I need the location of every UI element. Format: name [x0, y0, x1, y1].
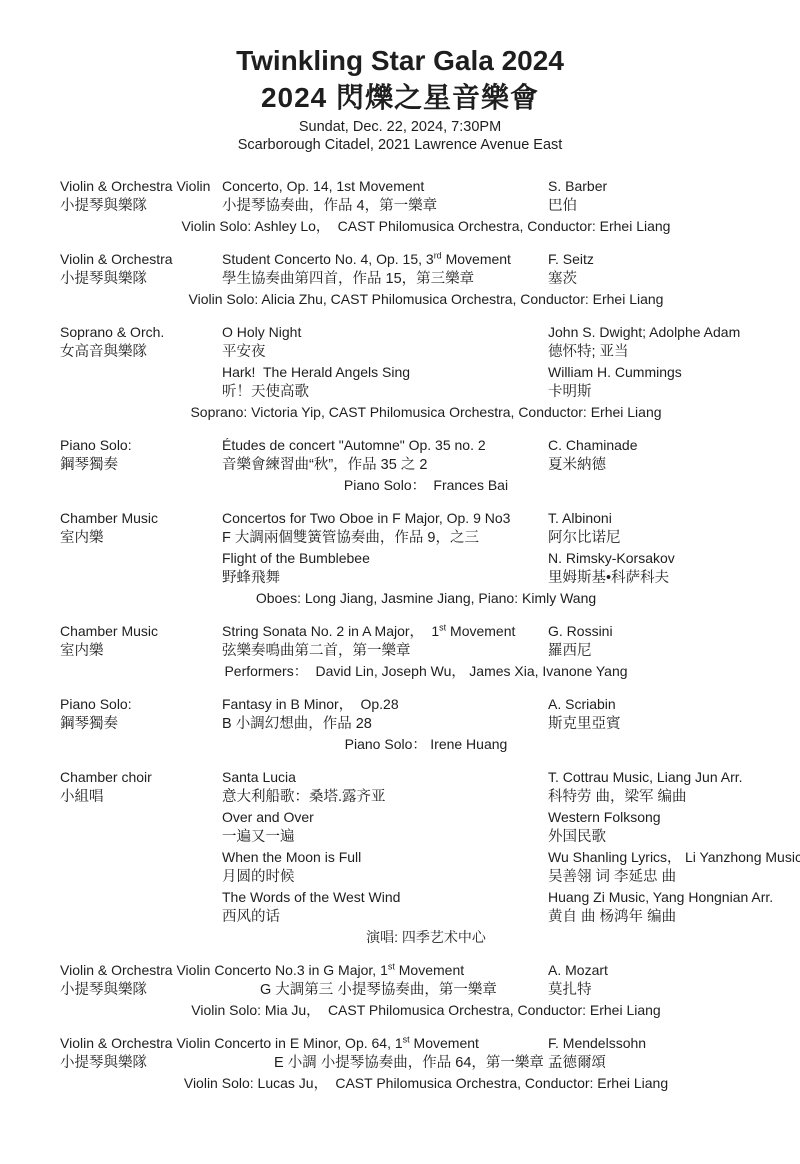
composer-cell: T. Cottrau Music, Liang Jun Arr.	[548, 767, 792, 787]
ordinal-superscript: st	[403, 1034, 410, 1044]
title-cell: Santa Lucia	[222, 767, 548, 787]
category-cell: 小提琴與樂隊	[60, 980, 222, 1000]
category-cell	[60, 548, 222, 568]
category-title-cell: Violin & Orchestra Violin Concerto No.3 …	[60, 960, 548, 980]
category-cell: 鋼琴獨奏	[60, 455, 222, 475]
category-cell: 小提琴與樂隊	[60, 269, 222, 289]
title-cell: 一遍又一遍	[222, 827, 548, 847]
program-line: Flight of the Bumblebee N. Rimsky-Korsak…	[60, 548, 792, 568]
category-cell: Violin & Orchestra Violin	[60, 176, 222, 196]
program-line: Chamber Music Concertos for Two Oboe in …	[60, 508, 792, 528]
composer-cell: 德怀特; 亚当	[548, 342, 792, 362]
title-text: Violin & Orchestra Violin Concerto No.3 …	[60, 962, 388, 978]
event-venue: Scarborough Citadel, 2021 Lawrence Avenu…	[0, 136, 800, 154]
performers-line: Piano Solo： Irene Huang	[60, 734, 792, 754]
category-cell: 小提琴與樂隊	[60, 1053, 222, 1073]
program-entry: Chamber Music Concertos for Two Oboe in …	[60, 508, 792, 608]
composer-cell: 夏米納德	[548, 455, 792, 475]
program-entry: Violin & Orchestra Student Concerto No. …	[60, 249, 792, 309]
title-cell: 學生協奏曲第四首，作品 15，第三樂章	[222, 269, 548, 289]
category-cell	[60, 568, 222, 588]
program-line: 室内樂 弦樂奏鳴曲第二首，第一樂章 羅西尼	[60, 641, 792, 661]
title-cell: B 小調幻想曲，作品 28	[222, 714, 548, 734]
composer-cell: F. Seitz	[548, 249, 792, 269]
category-cell	[60, 847, 222, 867]
program-line: Chamber Music String Sonata No. 2 in A M…	[60, 621, 792, 641]
title-cell: Student Concerto No. 4, Op. 15, 3rd Move…	[222, 249, 548, 269]
title-cell: 意大利船歌：桑塔.露齐亚	[222, 787, 548, 807]
composer-cell: 里姆斯基•科萨科夫	[548, 568, 792, 588]
title-cell: Concerto, Op. 14, 1st Movement	[222, 176, 548, 196]
title-cell: 野蜂飛舞	[222, 568, 548, 588]
composer-cell: 卡明斯	[548, 382, 792, 402]
composer-cell: 阿尔比诺尼	[548, 528, 792, 548]
program-line: 小提琴與樂隊 學生協奏曲第四首，作品 15，第三樂章 塞茨	[60, 269, 792, 289]
title-text: Violin & Orchestra Violin Concerto in E …	[60, 1035, 403, 1051]
composer-cell: 吴善翎 词 李延忠 曲	[548, 867, 792, 887]
program-line: Soprano & Orch. O Holy Night John S. Dwi…	[60, 322, 792, 342]
composer-cell: A. Mozart	[548, 960, 792, 980]
category-cell	[60, 827, 222, 847]
program-entry: Piano Solo: Études de concert "Automne" …	[60, 435, 792, 495]
program-line: The Words of the West Wind Huang Zi Musi…	[60, 887, 792, 907]
program-line: 西风的话 黄自 曲 杨鸿年 编曲	[60, 907, 792, 927]
composer-cell: 外国民歌	[548, 827, 792, 847]
program-entry: Soprano & Orch. O Holy Night John S. Dwi…	[60, 322, 792, 422]
composer-cell: 黄自 曲 杨鸿年 编曲	[548, 907, 792, 927]
title-cell: 西风的话	[222, 907, 548, 927]
program-line: Violin & Orchestra Violin Concerto No.3 …	[60, 960, 792, 980]
performers-line: Violin Solo: Ashley Lo， CAST Philomusica…	[60, 216, 792, 236]
category-title-cell: Violin & Orchestra Violin Concerto in E …	[60, 1033, 548, 1053]
performers-line: Oboes: Long Jiang, Jasmine Jiang, Piano:…	[60, 588, 792, 608]
program-line: 月圆的时候 吴善翎 词 李延忠 曲	[60, 867, 792, 887]
title-cell: The Words of the West Wind	[222, 887, 548, 907]
title-cell: 小提琴協奏曲，作品 4，第一樂章	[222, 196, 548, 216]
program-line: Over and Over Western Folksong	[60, 807, 792, 827]
title-cell: Études de concert "Automne" Op. 35 no. 2	[222, 435, 548, 455]
title-text: Student Concerto No. 4, Op. 15, 3	[222, 251, 434, 267]
event-title-zh: 2024 閃爍之星音樂會	[0, 78, 800, 118]
program-line: 一遍又一遍 外国民歌	[60, 827, 792, 847]
composer-cell: 孟德爾頌	[548, 1053, 792, 1073]
program-line: Violin & Orchestra Violin Concerto in E …	[60, 1033, 792, 1053]
category-cell	[60, 907, 222, 927]
title-cell: Flight of the Bumblebee	[222, 548, 548, 568]
composer-cell: 斯克里亞賓	[548, 714, 792, 734]
composer-cell: John S. Dwight; Adolphe Adam	[548, 322, 792, 342]
program-line: Violin & Orchestra Student Concerto No. …	[60, 249, 792, 269]
program-line: 室内樂 F 大調兩個雙簧管協奏曲，作品 9，之三 阿尔比诺尼	[60, 528, 792, 548]
category-cell: Soprano & Orch.	[60, 322, 222, 342]
program-entry: Violin & Orchestra Violin Concerto in E …	[60, 1033, 792, 1093]
program-entry: Chamber choir Santa Lucia T. Cottrau Mus…	[60, 767, 792, 947]
category-cell: Piano Solo:	[60, 435, 222, 455]
title-text: Movement	[410, 1035, 479, 1051]
title-cell: Concertos for Two Oboe in F Major, Op. 9…	[222, 508, 548, 528]
performers-line: Violin Solo: Alicia Zhu, CAST Philomusic…	[60, 289, 792, 309]
category-cell	[60, 807, 222, 827]
category-cell	[60, 867, 222, 887]
program-entry: Violin & Orchestra Violin Concerto No.3 …	[60, 960, 792, 1020]
composer-cell: 巴伯	[548, 196, 792, 216]
program-line: 鋼琴獨奏 B 小調幻想曲，作品 28 斯克里亞賓	[60, 714, 792, 734]
program-list: Violin & Orchestra Violin Concerto, Op. …	[0, 176, 800, 1093]
page: Twinkling Star Gala 2024 2024 閃爍之星音樂會 Su…	[0, 0, 800, 1093]
title-cell: F 大調兩個雙簧管協奏曲，作品 9，之三	[222, 528, 548, 548]
category-cell: Chamber choir	[60, 767, 222, 787]
title-text: Movement	[395, 962, 464, 978]
performers-line: 演唱: 四季艺术中心	[60, 927, 792, 947]
composer-cell: N. Rimsky-Korsakov	[548, 548, 792, 568]
title-cell: G 大調第三 小提琴協奏曲，第一樂章	[222, 980, 548, 1000]
program-line: When the Moon is Full Wu Shanling Lyrics…	[60, 847, 792, 867]
category-cell: 女高音與樂隊	[60, 342, 222, 362]
program-line: 女高音與樂隊 平安夜 德怀特; 亚当	[60, 342, 792, 362]
program-line: Piano Solo: Études de concert "Automne" …	[60, 435, 792, 455]
program-line: 野蜂飛舞 里姆斯基•科萨科夫	[60, 568, 792, 588]
category-cell: 室内樂	[60, 528, 222, 548]
ordinal-superscript: rd	[434, 250, 442, 260]
composer-cell: Huang Zi Music, Yang Hongnian Arr.	[548, 887, 792, 907]
title-cell: Hark! The Herald Angels Sing	[222, 362, 548, 382]
program-line: Hark! The Herald Angels Sing William H. …	[60, 362, 792, 382]
category-cell	[60, 362, 222, 382]
composer-cell: A. Scriabin	[548, 694, 792, 714]
category-cell: Chamber Music	[60, 508, 222, 528]
title-cell: E 小調 小提琴協奏曲，作品 64，第一樂章	[222, 1053, 548, 1073]
category-cell: 小組唱	[60, 787, 222, 807]
program-line: 小提琴與樂隊 小提琴協奏曲，作品 4，第一樂章 巴伯	[60, 196, 792, 216]
title-text: String Sonata No. 2 in A Major， 1	[222, 623, 439, 639]
ordinal-superscript: st	[388, 961, 395, 971]
composer-cell: S. Barber	[548, 176, 792, 196]
composer-cell: 羅西尼	[548, 641, 792, 661]
category-cell: 室内樂	[60, 641, 222, 661]
title-text: Movement	[446, 623, 515, 639]
category-cell: 鋼琴獨奏	[60, 714, 222, 734]
program-line: 小提琴與樂隊 G 大調第三 小提琴協奏曲，第一樂章 莫扎特	[60, 980, 792, 1000]
title-cell: Over and Over	[222, 807, 548, 827]
performers-line: Piano Solo： Frances Bai	[60, 475, 792, 495]
program-line: 小提琴與樂隊 E 小調 小提琴協奏曲，作品 64，第一樂章 孟德爾頌	[60, 1053, 792, 1073]
title-cell: Fantasy in B Minor， Op.28	[222, 694, 548, 714]
title-cell: String Sonata No. 2 in A Major， 1st Move…	[222, 621, 548, 641]
event-title-en: Twinkling Star Gala 2024	[0, 44, 800, 78]
program-line: 鋼琴獨奏 音樂會練習曲“秋”，作品 35 之 2 夏米納德	[60, 455, 792, 475]
composer-cell: Wu Shanling Lyrics， Li Yanzhong Music	[548, 847, 800, 867]
title-cell: 平安夜	[222, 342, 548, 362]
performers-line: Violin Solo: Lucas Ju， CAST Philomusica …	[60, 1073, 792, 1093]
performers-line: Soprano: Victoria Yip, CAST Philomusica …	[60, 402, 792, 422]
category-cell: Chamber Music	[60, 621, 222, 641]
composer-cell: F. Mendelssohn	[548, 1033, 792, 1053]
program-line: Piano Solo: Fantasy in B Minor， Op.28 A.…	[60, 694, 792, 714]
performers-line: Performers： David Lin, Joseph Wu， James …	[60, 661, 792, 681]
title-cell: 弦樂奏鳴曲第二首，第一樂章	[222, 641, 548, 661]
program-line: Violin & Orchestra Violin Concerto, Op. …	[60, 176, 792, 196]
composer-cell: C. Chaminade	[548, 435, 792, 455]
composer-cell: Western Folksong	[548, 807, 792, 827]
header: Twinkling Star Gala 2024 2024 閃爍之星音樂會 Su…	[0, 44, 800, 154]
category-cell: 小提琴與樂隊	[60, 196, 222, 216]
title-text: Movement	[442, 251, 511, 267]
composer-cell: William H. Cummings	[548, 362, 792, 382]
title-cell: O Holy Night	[222, 322, 548, 342]
program-entry: Chamber Music String Sonata No. 2 in A M…	[60, 621, 792, 681]
composer-cell: G. Rossini	[548, 621, 792, 641]
composer-cell: 科特劳 曲，梁军 编曲	[548, 787, 792, 807]
composer-cell: 塞茨	[548, 269, 792, 289]
composer-cell: 莫扎特	[548, 980, 792, 1000]
program-entry: Violin & Orchestra Violin Concerto, Op. …	[60, 176, 792, 236]
title-cell: 音樂會練習曲“秋”，作品 35 之 2	[222, 455, 548, 475]
program-line: Chamber choir Santa Lucia T. Cottrau Mus…	[60, 767, 792, 787]
program-line: 听！天使高歌 卡明斯	[60, 382, 792, 402]
composer-cell: T. Albinoni	[548, 508, 792, 528]
category-cell	[60, 887, 222, 907]
title-cell: When the Moon is Full	[222, 847, 548, 867]
category-cell	[60, 382, 222, 402]
event-date: Sundat, Dec. 22, 2024, 7:30PM	[0, 118, 800, 136]
title-cell: 月圆的时候	[222, 867, 548, 887]
performers-line: Violin Solo: Mia Ju， CAST Philomusica Or…	[60, 1000, 792, 1020]
category-cell: Piano Solo:	[60, 694, 222, 714]
title-cell: 听！天使高歌	[222, 382, 548, 402]
program-entry: Piano Solo: Fantasy in B Minor， Op.28 A.…	[60, 694, 792, 754]
category-cell: Violin & Orchestra	[60, 249, 222, 269]
program-line: 小組唱 意大利船歌：桑塔.露齐亚 科特劳 曲，梁军 编曲	[60, 787, 792, 807]
